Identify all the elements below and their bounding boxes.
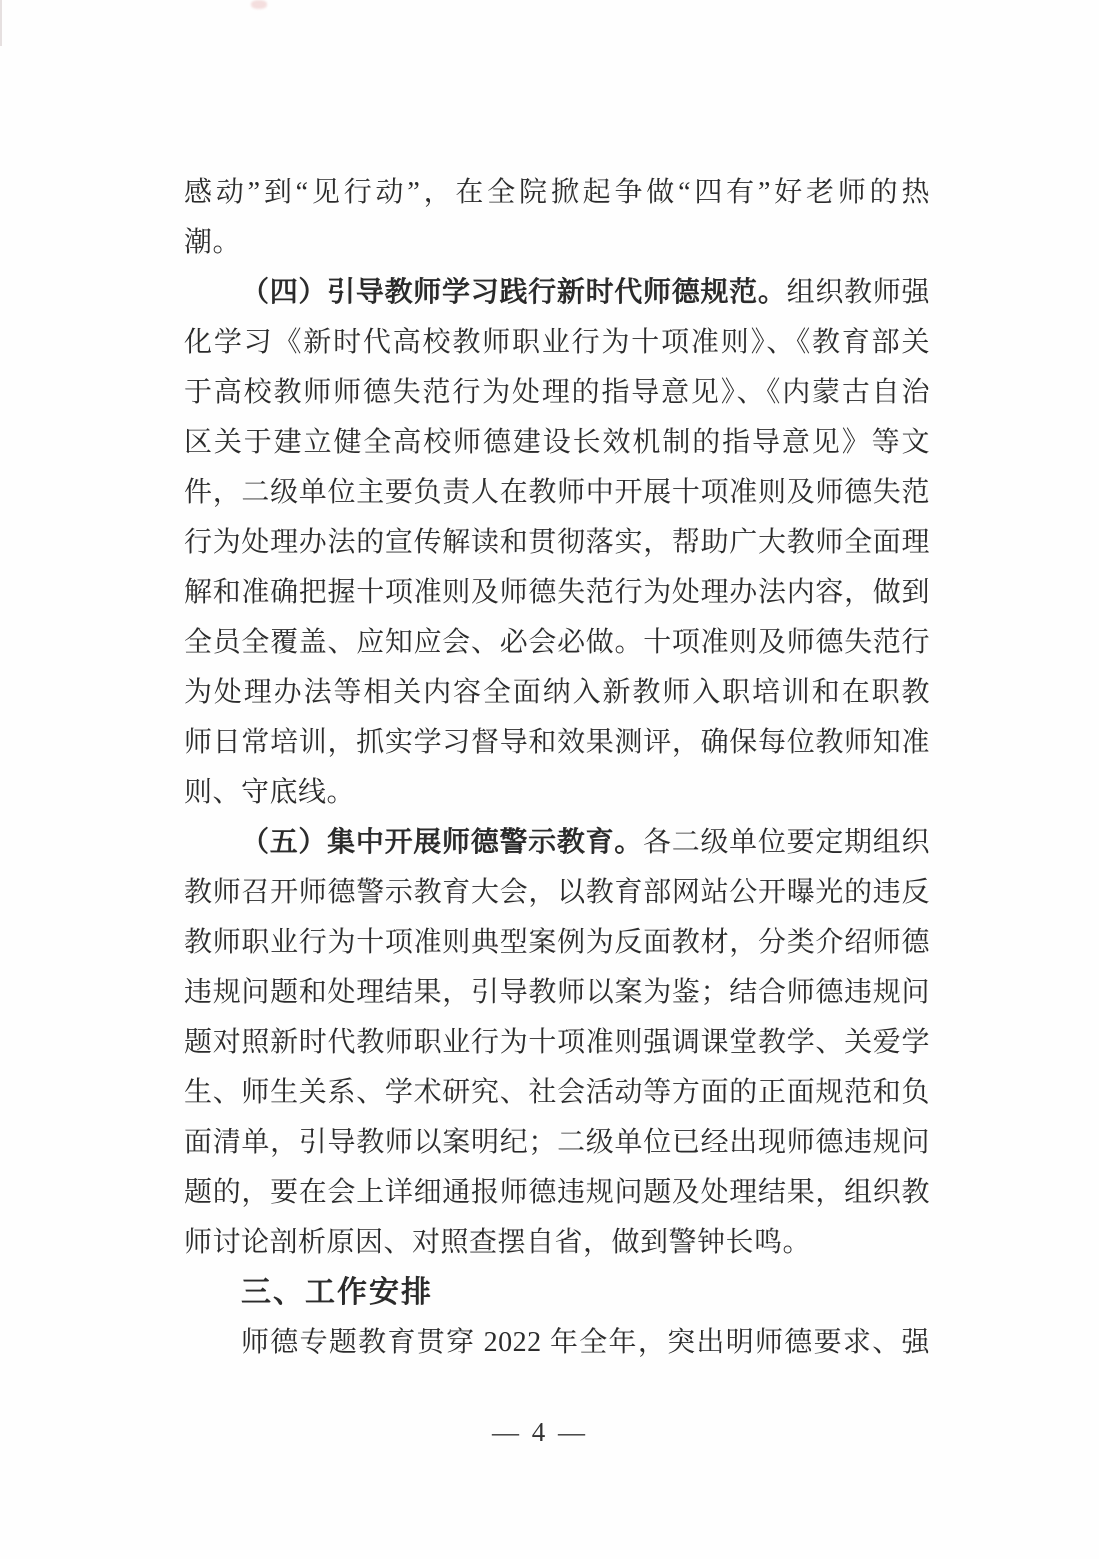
text-segment: 各二级单位要定期组织 [643, 827, 930, 858]
page-number-label: — 4 — [492, 1417, 588, 1447]
text-line: 化学习《新时代高校教师职业行为十项准则》、《教育部关 [184, 318, 930, 368]
text-segment: 区关于建立健全高校师德建设长效机制的指导意见》等文 [184, 427, 930, 458]
bold-text-segment: （五）集中开展师德警示教育。 [241, 827, 643, 858]
text-line: （五）集中开展师德警示教育。各二级单位要定期组织 [184, 818, 930, 868]
text-segment: 师德专题教育贯穿 2022 年全年，突出明师德要求、强 [241, 1327, 930, 1358]
text-line: 题的，要在会上详细通报师德违规问题及处理结果，组织教 [184, 1168, 930, 1218]
text-line: 件，二级单位主要负责人在教师中开展十项准则及师德失范 [184, 468, 930, 518]
text-line: 潮。 [184, 218, 930, 268]
text-segment: 违规问题和处理结果，引导教师以案为鉴；结合师德违规问 [184, 977, 930, 1008]
text-segment: 感动”到“见行动”，在全院掀起争做“四有”好老师的热 [184, 177, 930, 208]
text-line: 面清单，引导教师以案明纪；二级单位已经出现师德违规问 [184, 1118, 930, 1168]
text-segment: 教师召开师德警示教育大会，以教育部网站公开曝光的违反 [184, 877, 930, 908]
text-line: 教师职业行为十项准则典型案例为反面教材，分类介绍师德 [184, 918, 930, 968]
section-heading: 三、工作安排 [184, 1268, 930, 1318]
text-line: 违规问题和处理结果，引导教师以案为鉴；结合师德违规问 [184, 968, 930, 1018]
text-line: （四）引导教师学习践行新时代师德规范。组织教师强 [184, 268, 930, 318]
text-line: 区关于建立健全高校师德建设长效机制的指导意见》等文 [184, 418, 930, 468]
bold-text-segment: 三、工作安排 [241, 1276, 433, 1309]
text-line: 生、师生关系、学术研究、社会活动等方面的正面规范和负 [184, 1068, 930, 1118]
text-segment: 为处理办法等相关内容全面纳入新教师入职培训和在职教 [184, 677, 930, 708]
text-line: 教师召开师德警示教育大会，以教育部网站公开曝光的违反 [184, 868, 930, 918]
text-line: 解和准确把握十项准则及师德失范行为处理办法内容，做到 [184, 568, 930, 618]
scan-edge-artifact [0, 0, 2, 46]
text-line: 题对照新时代教师职业行为十项准则强调课堂教学、关爱学 [184, 1018, 930, 1068]
body-text: 感动”到“见行动”，在全院掀起争做“四有”好老师的热潮。（四）引导教师学习践行新… [184, 168, 930, 1368]
text-line: 为处理办法等相关内容全面纳入新教师入职培训和在职教 [184, 668, 930, 718]
text-segment: 于高校教师师德失范行为处理的指导意见》、《内蒙古自治 [184, 377, 930, 408]
text-segment: 生、师生关系、学术研究、社会活动等方面的正面规范和负 [184, 1077, 930, 1108]
text-segment: 行为处理办法的宣传解读和贯彻落实，帮助广大教师全面理 [184, 527, 930, 558]
text-segment: 题对照新时代教师职业行为十项准则强调课堂教学、关爱学 [184, 1027, 930, 1058]
text-segment: 则、守底线。 [184, 777, 355, 808]
page-number: — 4 — [0, 1412, 1080, 1452]
text-line: 行为处理办法的宣传解读和贯彻落实，帮助广大教师全面理 [184, 518, 930, 568]
text-segment: 面清单，引导教师以案明纪；二级单位已经出现师德违规问 [184, 1127, 930, 1158]
text-segment: 题的，要在会上详细通报师德违规问题及处理结果，组织教 [184, 1177, 930, 1208]
text-line: 于高校教师师德失范行为处理的指导意见》、《内蒙古自治 [184, 368, 930, 418]
text-line: 师讨论剖析原因、对照查摆自省，做到警钟长鸣。 [184, 1218, 930, 1268]
text-segment: 解和准确把握十项准则及师德失范行为处理办法内容，做到 [184, 577, 930, 608]
text-segment: 教师职业行为十项准则典型案例为反面教材，分类介绍师德 [184, 927, 930, 958]
text-segment: 师讨论剖析原因、对照查摆自省，做到警钟长鸣。 [184, 1227, 811, 1258]
text-line: 师日常培训，抓实学习督导和效果测评，确保每位教师知准 [184, 718, 930, 768]
text-line: 师德专题教育贯穿 2022 年全年，突出明师德要求、强 [184, 1318, 930, 1368]
text-line: 则、守底线。 [184, 768, 930, 818]
text-line: 感动”到“见行动”，在全院掀起争做“四有”好老师的热 [184, 168, 930, 218]
text-segment: 组织教师强 [787, 277, 930, 308]
text-line: 全员全覆盖、应知应会、必会必做。十项准则及师德失范行 [184, 618, 930, 668]
text-segment: 全员全覆盖、应知应会、必会必做。十项准则及师德失范行 [184, 627, 930, 658]
text-segment: 化学习《新时代高校教师职业行为十项准则》、《教育部关 [184, 327, 930, 358]
bold-text-segment: （四）引导教师学习践行新时代师德规范。 [241, 277, 787, 308]
document-page: 感动”到“见行动”，在全院掀起争做“四有”好老师的热潮。（四）引导教师学习践行新… [0, 0, 1099, 1559]
red-mark-artifact [251, 0, 267, 9]
text-segment: 师日常培训，抓实学习督导和效果测评，确保每位教师知准 [184, 727, 930, 758]
text-segment: 潮。 [184, 227, 241, 258]
text-segment: 件，二级单位主要负责人在教师中开展十项准则及师德失范 [184, 477, 930, 508]
